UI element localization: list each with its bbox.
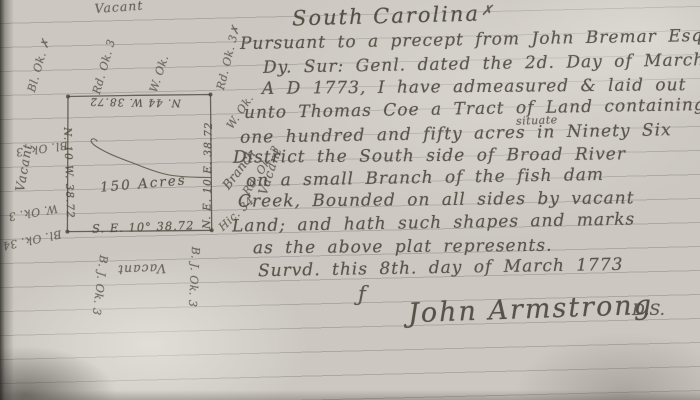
- scanned-survey-page: N. 44 W. 38.72 N. 10 W. 38.72 N. E. 10 E…: [0, 0, 700, 400]
- manuscript-line-11: Survd. this 8th. day of March 1773: [258, 255, 624, 281]
- plat-bearing-bottom: S. E. 10° 38.72: [92, 218, 195, 236]
- creek-line: [91, 139, 211, 178]
- plat-boundary: [67, 95, 211, 232]
- manuscript-line-4: unto Thomas Coe a Tract of Land containi…: [244, 95, 700, 123]
- manuscript-line-2: Dy. Sur: Genl. dated the 2d. Day of Marc…: [263, 50, 700, 78]
- signature-suffix: D.S.: [632, 300, 665, 319]
- document-title: South Carolina: [292, 2, 481, 31]
- tree-note-left-2: W. Ok. 3: [7, 202, 58, 223]
- plat-bearing-right: N. E. 10 E. 38.72: [201, 121, 215, 229]
- plat-bearing-top: N. 44 W. 38.72: [75, 95, 195, 109]
- vacant-label-top: Vacant: [94, 0, 144, 16]
- tree-note-top-3: W. Ok.: [147, 53, 171, 94]
- plat-corner-dot-ne: [209, 93, 213, 97]
- manuscript-line-9: Land; and hath such shapes and marks: [232, 209, 636, 236]
- plat-corner-dot-sw: [65, 230, 69, 234]
- tree-note-top-4: Rd. Ok. 3✗: [214, 24, 243, 91]
- manuscript-line-6: District the South side of Broad River: [233, 144, 626, 167]
- manuscript-line-8: Creek, Bounded on all sides by vacant: [238, 188, 635, 211]
- tree-note-top-2: Rd. Ok. 3: [90, 38, 118, 96]
- manuscript-line-7: on a small Branch of the fish dam: [246, 165, 604, 191]
- tree-note-bottom-1: B. J. Ok. 3: [90, 254, 110, 316]
- tree-note-bottom-2: B. J. Ok. 3: [186, 246, 202, 307]
- vacant-label-bottom: Vacant: [112, 261, 166, 278]
- tree-note-top-1: Bl. Ok. ✗: [25, 37, 53, 93]
- signature-paraph: ƒ: [358, 282, 366, 306]
- plat-corner-dot-nw: [66, 95, 70, 99]
- signature-name: John Armstrong: [408, 290, 654, 330]
- manuscript-line-10: as the above plat represents.: [253, 236, 553, 259]
- manuscript-line-1: Pursuant to a precept from John Bremar E…: [240, 26, 700, 54]
- manuscript-line-3: A D 1773, I have admeasured & laid out: [262, 75, 687, 99]
- plat-acreage-label: 150 Acres: [99, 172, 187, 195]
- tree-note-left-3: Bl. Ok. 34: [5, 227, 62, 251]
- title-cross-mark: ✗: [481, 3, 493, 19]
